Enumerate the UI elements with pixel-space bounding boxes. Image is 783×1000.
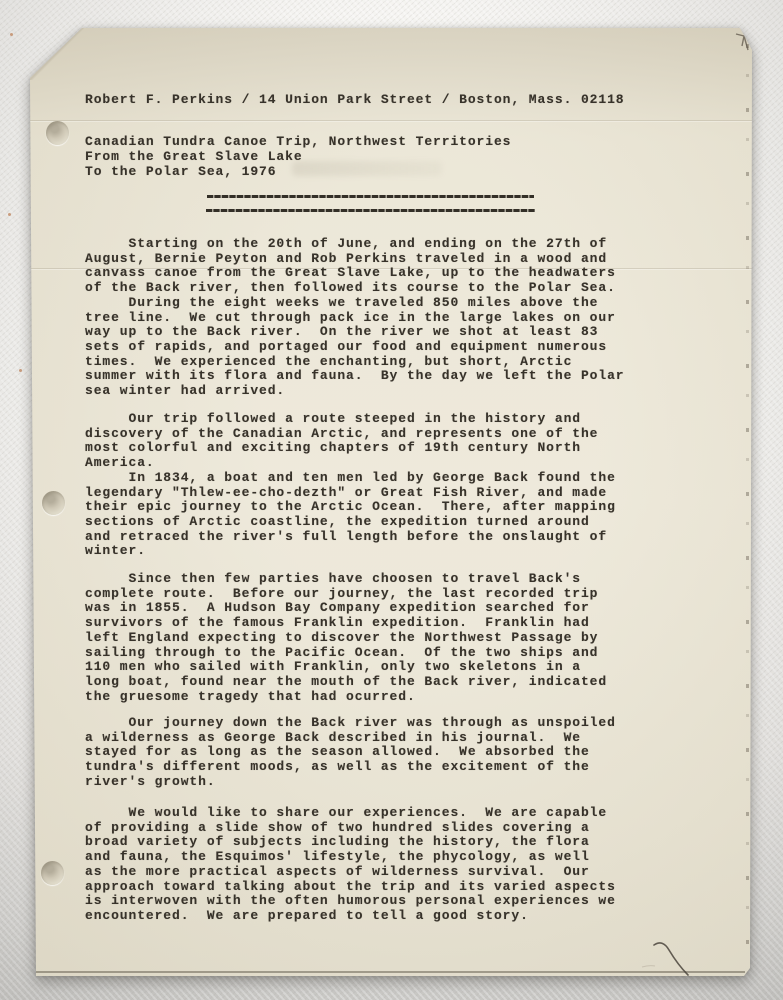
torn-corner-mark xyxy=(728,30,754,70)
separator-rule-top xyxy=(207,195,534,198)
top-left-corner-fold xyxy=(30,28,84,80)
dust-speck xyxy=(8,213,11,216)
punch-hole xyxy=(41,861,64,885)
paragraph-franklin-expedition: Since then few parties have choosen to t… xyxy=(85,572,607,704)
fold-crease xyxy=(30,120,752,122)
paper-bottom-edge xyxy=(35,971,745,973)
pen-crease-mark xyxy=(640,933,710,983)
document-page: Robert F. Perkins / 14 Union Park Street… xyxy=(30,28,752,976)
worn-right-edge xyxy=(746,44,749,970)
paragraph-trip-summary: Starting on the 20th of June, and ending… xyxy=(85,237,624,399)
author-address-line: Robert F. Perkins / 14 Union Park Street… xyxy=(85,93,624,108)
paragraph-wilderness: Our journey down the Back river was thro… xyxy=(85,716,616,790)
paragraph-slide-show-offer: We would like to share our experiences. … xyxy=(85,806,616,924)
dust-speck xyxy=(10,33,13,36)
punch-hole xyxy=(46,121,69,145)
separator-rule-bottom xyxy=(206,209,535,212)
paragraph-history-george-back: Our trip followed a route steeped in the… xyxy=(85,412,616,559)
erased-pencil-smudge xyxy=(292,161,442,176)
dust-speck xyxy=(19,369,22,372)
punch-hole xyxy=(42,491,65,515)
photo-background: Robert F. Perkins / 14 Union Park Street… xyxy=(0,0,783,1000)
